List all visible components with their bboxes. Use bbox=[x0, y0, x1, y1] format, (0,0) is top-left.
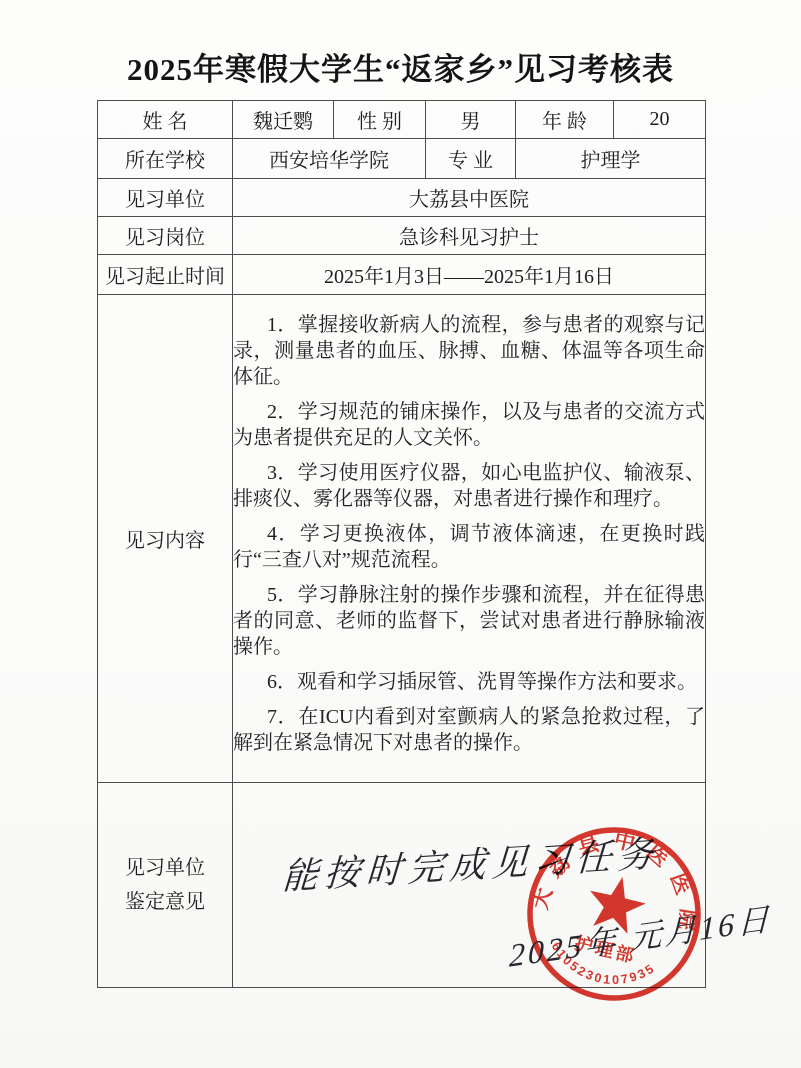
name-label: 姓 名 bbox=[98, 101, 233, 139]
age-label: 年 龄 bbox=[516, 101, 614, 139]
school-value: 西安培华学院 bbox=[233, 139, 426, 179]
age-value: 20 bbox=[614, 101, 706, 139]
internship-content-item: 1．掌握接收新病人的流程，参与患者的观察与记录，测量患者的血压、脉搏、血糖、体温… bbox=[233, 312, 705, 390]
position-value: 急诊科见习护士 bbox=[233, 217, 706, 255]
table-row: 见习单位 大荔县中医院 bbox=[98, 179, 706, 217]
unit-value: 大荔县中医院 bbox=[233, 179, 706, 217]
gender-label: 性 别 bbox=[334, 101, 426, 139]
table-row: 见习起止时间 2025年1月3日——2025年1月16日 bbox=[98, 255, 706, 295]
table-row: 姓 名 魏迁鹦 性 别 男 年 龄 20 bbox=[98, 101, 706, 139]
major-value: 护理学 bbox=[516, 139, 706, 179]
internship-content-item: 6．观看和学习插尿管、洗胃等操作方法和要求。 bbox=[233, 669, 705, 695]
evaluation-label: 见习单位 鉴定意见 bbox=[98, 783, 233, 988]
internship-content-item: 7．在ICU内看到对室颤病人的紧急抢救过程，了解到在紧急情况下对患者的操作。 bbox=[233, 704, 705, 756]
internship-content-item: 3．学习使用医疗仪器，如心电监护仪、输液泵、排痰仪、雾化器等仪器，对患者进行操作… bbox=[233, 460, 705, 512]
table-row: 见习内容 1．掌握接收新病人的流程，参与患者的观察与记录，测量患者的血压、脉搏、… bbox=[98, 295, 706, 783]
table-row: 所在学校 西安培华学院 专 业 护理学 bbox=[98, 139, 706, 179]
evaluation-label-line2: 鉴定意见 bbox=[98, 885, 232, 919]
table-row: 见习岗位 急诊科见习护士 bbox=[98, 217, 706, 255]
duration-value: 2025年1月3日——2025年1月16日 bbox=[233, 255, 706, 295]
duration-label: 见习起止时间 bbox=[98, 255, 233, 295]
internship-content-item: 4．学习更换液体，调节液体滴速，在更换时践行“三查八对”规范流程。 bbox=[233, 521, 705, 573]
internship-content-item: 5．学习静脉注射的操作步骤和流程，并在征得患者的同意、老师的监督下，尝试对患者进… bbox=[233, 582, 705, 660]
content-cell: 1．掌握接收新病人的流程，参与患者的观察与记录，测量患者的血压、脉搏、血糖、体温… bbox=[233, 295, 706, 783]
school-label: 所在学校 bbox=[98, 139, 233, 179]
internship-content-item: 2．学习规范的铺床操作，以及与患者的交流方式为患者提供充足的人文关怀。 bbox=[233, 399, 705, 451]
major-label: 专 业 bbox=[426, 139, 516, 179]
page-title: 2025年寒假大学生“返家乡”见习考核表 bbox=[0, 44, 801, 89]
unit-label: 见习单位 bbox=[98, 179, 233, 217]
evaluation-label-line1: 见习单位 bbox=[98, 851, 232, 885]
scanned-form-page: 2025年寒假大学生“返家乡”见习考核表 姓 名 魏迁鹦 性 别 男 年 龄 2… bbox=[0, 0, 801, 1068]
gender-value: 男 bbox=[426, 101, 516, 139]
name-value: 魏迁鹦 bbox=[233, 101, 334, 139]
position-label: 见习岗位 bbox=[98, 217, 233, 255]
content-label: 见习内容 bbox=[98, 295, 233, 783]
